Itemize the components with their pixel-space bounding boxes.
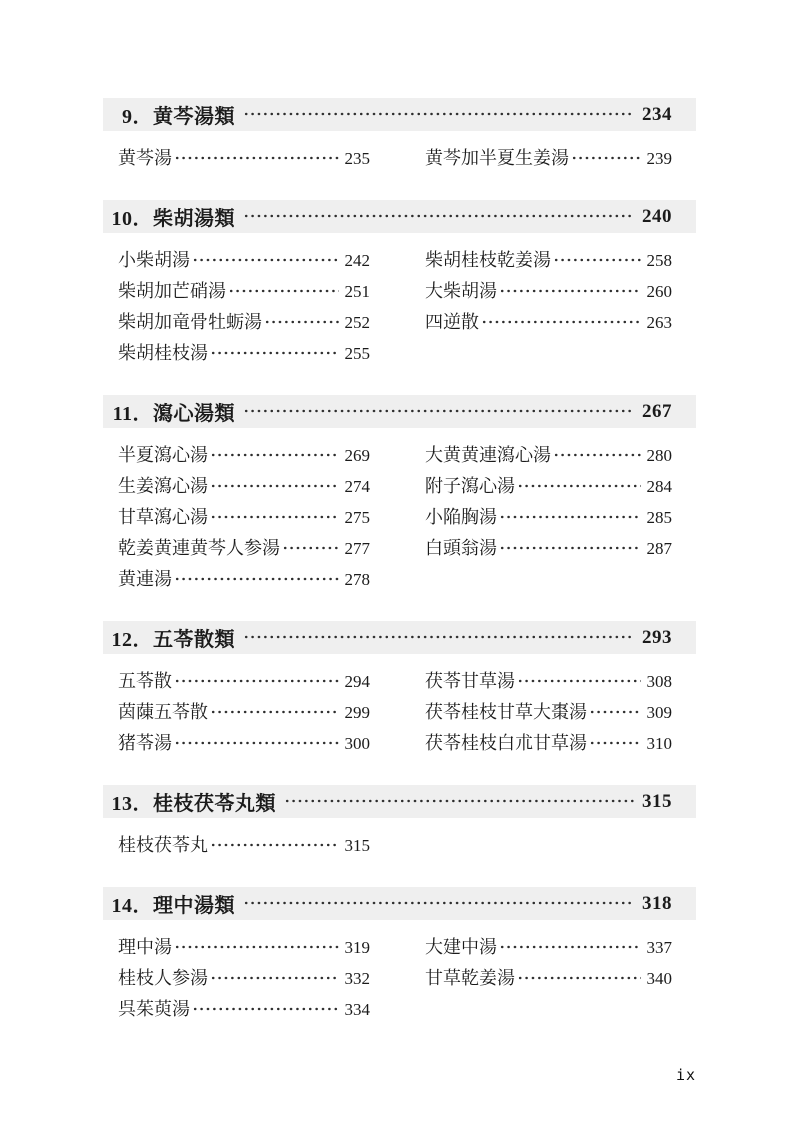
toc-entry: 理中湯 319 <box>118 932 370 963</box>
entry-title: 半夏瀉心湯 <box>118 440 208 471</box>
entry-title: 桂枝茯苓丸 <box>118 830 208 861</box>
entry-title: 甘草瀉心湯 <box>118 502 208 533</box>
section-page-number: 267 <box>642 401 672 423</box>
entries-right-column: 茯苓甘草湯 308 茯苓桂枝甘草大棗湯 309 茯苓桂枝白朮甘草湯 310 <box>425 666 672 759</box>
toc-entry: 生姜瀉心湯 274 <box>118 471 370 502</box>
entry-page-number: 274 <box>345 471 371 502</box>
toc-entry: 呉茱萸湯 334 <box>118 994 370 1025</box>
dot-leader <box>210 471 339 502</box>
entry-title: 理中湯 <box>118 932 172 963</box>
toc-entry: 桂枝茯苓丸 315 <box>118 830 370 861</box>
toc-section: 14． 理中湯類 318 理中湯 319 桂枝人参湯 332 呉茱萸湯 334 … <box>103 887 696 1025</box>
dot-leader <box>210 963 339 994</box>
section-number: 12． <box>109 623 153 652</box>
entry-page-number: 235 <box>345 143 371 174</box>
entry-title: 小柴胡湯 <box>118 245 190 276</box>
entry-page-number: 309 <box>647 697 673 728</box>
dot-leader <box>282 533 339 564</box>
entry-title: 茵蔯五苓散 <box>118 697 208 728</box>
toc-entry: 小柴胡湯 242 <box>118 245 370 276</box>
dot-leader <box>210 338 339 369</box>
section-header: 14． 理中湯類 318 <box>103 887 696 920</box>
dot-leader <box>174 564 339 595</box>
entries-right-column: 柴胡桂枝乾姜湯 258 大柴胡湯 260 四逆散 263 <box>425 245 672 369</box>
toc-entry: 猪苓湯 300 <box>118 728 370 759</box>
entry-page-number: 300 <box>345 728 371 759</box>
table-of-contents: 9． 黄芩湯類 234 黄芩湯 235 黄芩加半夏生姜湯 239 10． 柴胡湯… <box>103 98 696 1051</box>
section-entries: 半夏瀉心湯 269 生姜瀉心湯 274 甘草瀉心湯 275 乾姜黄連黄芩人参湯 … <box>118 440 672 595</box>
dot-leader <box>589 728 641 759</box>
toc-entry: 黄連湯 278 <box>118 564 370 595</box>
dot-leader <box>174 728 339 759</box>
entry-title: 五苓散 <box>118 666 172 697</box>
section-title: 黄芩湯類 <box>153 100 235 129</box>
section-header: 12． 五苓散類 293 <box>103 621 696 654</box>
section-title: 五苓散類 <box>153 623 235 652</box>
toc-entry: 附子瀉心湯 284 <box>425 471 672 502</box>
entry-page-number: 239 <box>647 143 673 174</box>
toc-entry: 柴胡桂枝湯 255 <box>118 338 370 369</box>
entries-right-column: 黄芩加半夏生姜湯 239 <box>425 143 672 174</box>
entry-title: 四逆散 <box>425 307 479 338</box>
section-entries: 五苓散 294 茵蔯五苓散 299 猪苓湯 300 茯苓甘草湯 308 茯苓桂枝… <box>118 666 672 759</box>
section-title: 理中湯類 <box>153 889 235 918</box>
entry-page-number: 287 <box>647 533 673 564</box>
entry-title: 生姜瀉心湯 <box>118 471 208 502</box>
toc-entry: 大柴胡湯 260 <box>425 276 672 307</box>
entry-page-number: 315 <box>345 830 371 861</box>
dot-leader <box>553 245 641 276</box>
section-header: 9． 黄芩湯類 234 <box>103 98 696 131</box>
entry-title: 猪苓湯 <box>118 728 172 759</box>
entry-title: 甘草乾姜湯 <box>425 963 515 994</box>
section-page-number: 234 <box>642 104 672 126</box>
entry-page-number: 319 <box>345 932 371 963</box>
entries-left-column: 小柴胡湯 242 柴胡加芒硝湯 251 柴胡加竜骨牡蛎湯 252 柴胡桂枝湯 2… <box>118 245 370 369</box>
dot-leader <box>517 666 641 697</box>
section-number: 14． <box>109 889 153 918</box>
dot-leader <box>499 276 641 307</box>
toc-entry: 半夏瀉心湯 269 <box>118 440 370 471</box>
entry-title: 黄芩湯 <box>118 143 172 174</box>
entry-page-number: 258 <box>647 245 673 276</box>
toc-section: 10． 柴胡湯類 240 小柴胡湯 242 柴胡加芒硝湯 251 柴胡加竜骨牡蛎… <box>103 200 696 369</box>
section-number: 11． <box>109 397 153 426</box>
dot-leader <box>243 395 634 428</box>
entry-page-number: 310 <box>647 728 673 759</box>
entry-page-number: 277 <box>345 533 371 564</box>
section-entries: 黄芩湯 235 黄芩加半夏生姜湯 239 <box>118 143 672 174</box>
entry-page-number: 278 <box>345 564 371 595</box>
dot-leader <box>571 143 641 174</box>
dot-leader <box>174 932 339 963</box>
toc-entry: 甘草瀉心湯 275 <box>118 502 370 533</box>
entry-title: 呉茱萸湯 <box>118 994 190 1025</box>
entries-right-column: 大建中湯 337 甘草乾姜湯 340 <box>425 932 672 1025</box>
toc-entry: 小陥胸湯 285 <box>425 502 672 533</box>
toc-entry: 大黄黄連瀉心湯 280 <box>425 440 672 471</box>
entry-page-number: 284 <box>647 471 673 502</box>
toc-section: 9． 黄芩湯類 234 黄芩湯 235 黄芩加半夏生姜湯 239 <box>103 98 696 174</box>
section-page-number: 240 <box>642 206 672 228</box>
dot-leader <box>284 785 634 818</box>
toc-entry: 茵蔯五苓散 299 <box>118 697 370 728</box>
toc-entry: 大建中湯 337 <box>425 932 672 963</box>
entry-page-number: 337 <box>647 932 673 963</box>
entries-right-column: 大黄黄連瀉心湯 280 附子瀉心湯 284 小陥胸湯 285 白頭翁湯 287 <box>425 440 672 595</box>
entries-left-column: 五苓散 294 茵蔯五苓散 299 猪苓湯 300 <box>118 666 370 759</box>
toc-section: 11． 瀉心湯類 267 半夏瀉心湯 269 生姜瀉心湯 274 甘草瀉心湯 2… <box>103 395 696 595</box>
dot-leader <box>499 533 641 564</box>
toc-entry: 黄芩湯 235 <box>118 143 370 174</box>
entry-page-number: 299 <box>345 697 371 728</box>
toc-entry: 茯苓甘草湯 308 <box>425 666 672 697</box>
dot-leader <box>553 440 641 471</box>
toc-entry: 柴胡桂枝乾姜湯 258 <box>425 245 672 276</box>
entry-title: 茯苓桂枝甘草大棗湯 <box>425 697 587 728</box>
entry-title: 柴胡桂枝湯 <box>118 338 208 369</box>
entry-title: 茯苓甘草湯 <box>425 666 515 697</box>
entry-title: 白頭翁湯 <box>425 533 497 564</box>
entries-left-column: 桂枝茯苓丸 315 <box>118 830 370 861</box>
entry-page-number: 263 <box>647 307 673 338</box>
entry-title: 附子瀉心湯 <box>425 471 515 502</box>
entry-page-number: 308 <box>647 666 673 697</box>
toc-entry: 五苓散 294 <box>118 666 370 697</box>
section-number: 13． <box>109 787 153 816</box>
toc-section: 13． 桂枝茯苓丸類 315 桂枝茯苓丸 315 <box>103 785 696 861</box>
entry-title: 乾姜黄連黄芩人参湯 <box>118 533 280 564</box>
entry-page-number: 242 <box>345 245 371 276</box>
dot-leader <box>589 697 641 728</box>
dot-leader <box>210 440 339 471</box>
entry-page-number: 294 <box>345 666 371 697</box>
book-toc-page: 9． 黄芩湯類 234 黄芩湯 235 黄芩加半夏生姜湯 239 10． 柴胡湯… <box>0 0 800 1135</box>
section-header: 13． 桂枝茯苓丸類 315 <box>103 785 696 818</box>
section-title: 柴胡湯類 <box>153 202 235 231</box>
toc-entry: 黄芩加半夏生姜湯 239 <box>425 143 672 174</box>
dot-leader <box>210 502 339 533</box>
entry-title: 大建中湯 <box>425 932 497 963</box>
section-page-number: 315 <box>642 791 672 813</box>
dot-leader <box>174 666 339 697</box>
entry-page-number: 285 <box>647 502 673 533</box>
toc-entry: 茯苓桂枝甘草大棗湯 309 <box>425 697 672 728</box>
section-header: 11． 瀉心湯類 267 <box>103 395 696 428</box>
entry-page-number: 251 <box>345 276 371 307</box>
toc-entry: 柴胡加芒硝湯 251 <box>118 276 370 307</box>
entry-title: 黄芩加半夏生姜湯 <box>425 143 569 174</box>
toc-entry: 甘草乾姜湯 340 <box>425 963 672 994</box>
dot-leader <box>192 245 339 276</box>
entry-page-number: 255 <box>345 338 371 369</box>
dot-leader <box>192 994 339 1025</box>
entry-title: 黄連湯 <box>118 564 172 595</box>
toc-entry: 柴胡加竜骨牡蛎湯 252 <box>118 307 370 338</box>
section-entries: 小柴胡湯 242 柴胡加芒硝湯 251 柴胡加竜骨牡蛎湯 252 柴胡桂枝湯 2… <box>118 245 672 369</box>
toc-entry: 茯苓桂枝白朮甘草湯 310 <box>425 728 672 759</box>
entry-page-number: 340 <box>647 963 673 994</box>
entry-title: 柴胡加竜骨牡蛎湯 <box>118 307 262 338</box>
entry-page-number: 280 <box>647 440 673 471</box>
entry-page-number: 260 <box>647 276 673 307</box>
dot-leader <box>481 307 641 338</box>
section-entries: 理中湯 319 桂枝人参湯 332 呉茱萸湯 334 大建中湯 337 甘草乾姜… <box>118 932 672 1025</box>
entry-title: 大黄黄連瀉心湯 <box>425 440 551 471</box>
entry-page-number: 275 <box>345 502 371 533</box>
section-page-number: 293 <box>642 627 672 649</box>
section-page-number: 318 <box>642 893 672 915</box>
entry-page-number: 252 <box>345 307 371 338</box>
entry-page-number: 269 <box>345 440 371 471</box>
section-title: 桂枝茯苓丸類 <box>153 787 276 816</box>
dot-leader <box>499 932 641 963</box>
section-entries: 桂枝茯苓丸 315 <box>118 830 672 861</box>
entries-left-column: 半夏瀉心湯 269 生姜瀉心湯 274 甘草瀉心湯 275 乾姜黄連黄芩人参湯 … <box>118 440 370 595</box>
entry-title: 柴胡加芒硝湯 <box>118 276 226 307</box>
entry-title: 大柴胡湯 <box>425 276 497 307</box>
entry-title: 茯苓桂枝白朮甘草湯 <box>425 728 587 759</box>
dot-leader <box>210 830 339 861</box>
section-number: 9． <box>109 100 153 129</box>
entries-left-column: 理中湯 319 桂枝人参湯 332 呉茱萸湯 334 <box>118 932 370 1025</box>
dot-leader <box>210 697 339 728</box>
entry-title: 柴胡桂枝乾姜湯 <box>425 245 551 276</box>
page-folio: ix <box>676 1066 696 1084</box>
dot-leader <box>243 200 634 233</box>
dot-leader <box>243 621 634 654</box>
entries-left-column: 黄芩湯 235 <box>118 143 370 174</box>
dot-leader <box>264 307 339 338</box>
dot-leader <box>243 98 634 131</box>
dot-leader <box>174 143 339 174</box>
dot-leader <box>517 963 641 994</box>
toc-section: 12． 五苓散類 293 五苓散 294 茵蔯五苓散 299 猪苓湯 300 茯… <box>103 621 696 759</box>
section-title: 瀉心湯類 <box>153 397 235 426</box>
entries-right-column <box>425 830 672 861</box>
entry-page-number: 332 <box>345 963 371 994</box>
toc-entry: 四逆散 263 <box>425 307 672 338</box>
entry-title: 桂枝人参湯 <box>118 963 208 994</box>
section-header: 10． 柴胡湯類 240 <box>103 200 696 233</box>
toc-entry: 白頭翁湯 287 <box>425 533 672 564</box>
dot-leader <box>517 471 641 502</box>
dot-leader <box>228 276 339 307</box>
section-number: 10． <box>109 202 153 231</box>
entry-title: 小陥胸湯 <box>425 502 497 533</box>
toc-entry: 桂枝人参湯 332 <box>118 963 370 994</box>
dot-leader <box>243 887 634 920</box>
toc-entry: 乾姜黄連黄芩人参湯 277 <box>118 533 370 564</box>
entry-page-number: 334 <box>345 994 371 1025</box>
dot-leader <box>499 502 641 533</box>
